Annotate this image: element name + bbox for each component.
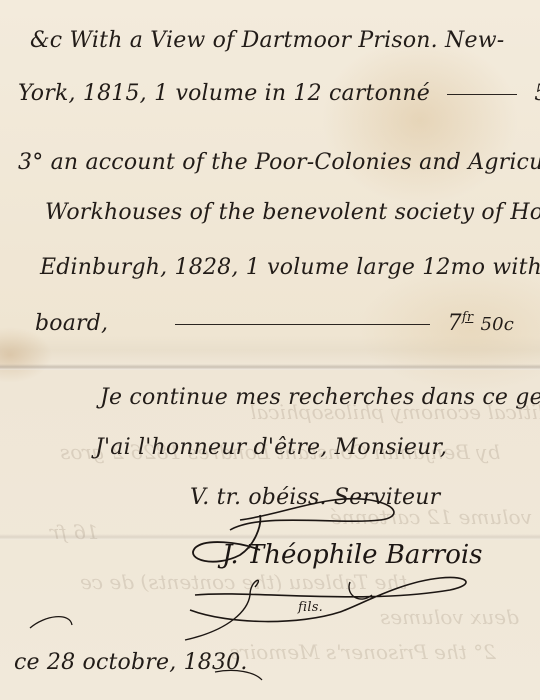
- entry-2-price-cents: 50c: [481, 314, 515, 335]
- signature-name: J. Théophile Barrois: [222, 540, 483, 570]
- signature-suffix: fils.: [298, 600, 323, 615]
- leader-dash: [447, 94, 517, 95]
- bleed-through-text: 16 fr: [50, 520, 99, 544]
- bleed-through-text: deux volumes: [380, 605, 519, 629]
- entry-1-description: York, 1815, 1 volume in 12 cartonné: [18, 81, 430, 106]
- entry-2-line-4: board, 7fr 50c: [35, 310, 514, 336]
- leader-dash: [175, 324, 430, 325]
- entry-2-price: 7: [448, 311, 462, 336]
- closing-line-3: V. tr. obéiss. Serviteur: [190, 485, 440, 510]
- letter-page: 10 Essay on political economy philosophi…: [0, 0, 540, 700]
- entry-2-line-3: Edinburgh, 1828, 1 volume large 12mo wit…: [40, 255, 540, 280]
- paper-fold: [0, 364, 540, 370]
- bleed-through-text: the Tableau (the contents) de ce: [80, 570, 407, 594]
- entry-1-line-1: &c With a View of Dartmoor Prison. New-: [30, 28, 504, 53]
- bleed-through-text: 2° the Prisoner's Memoirs: [230, 640, 496, 664]
- entry-2-line-2: Workhouses of the benevolent society of …: [45, 200, 540, 225]
- closing-line-2: J'ai l'honneur d'être, Monsieur,: [95, 435, 447, 460]
- letter-date: ce 28 octobre, 1830.: [14, 650, 248, 675]
- entry-2-binding: board,: [35, 311, 108, 336]
- entry-2-line-1: 3° an account of the Poor-Colonies and A…: [18, 150, 540, 175]
- closing-line-1: Je continue mes recherches dans ce genre…: [100, 385, 540, 410]
- entry-2-price-unit: fr: [462, 310, 473, 325]
- entry-1-line-2: York, 1815, 1 volume in 12 cartonné 5fr.: [18, 80, 540, 106]
- entry-1-price: 5: [534, 81, 540, 106]
